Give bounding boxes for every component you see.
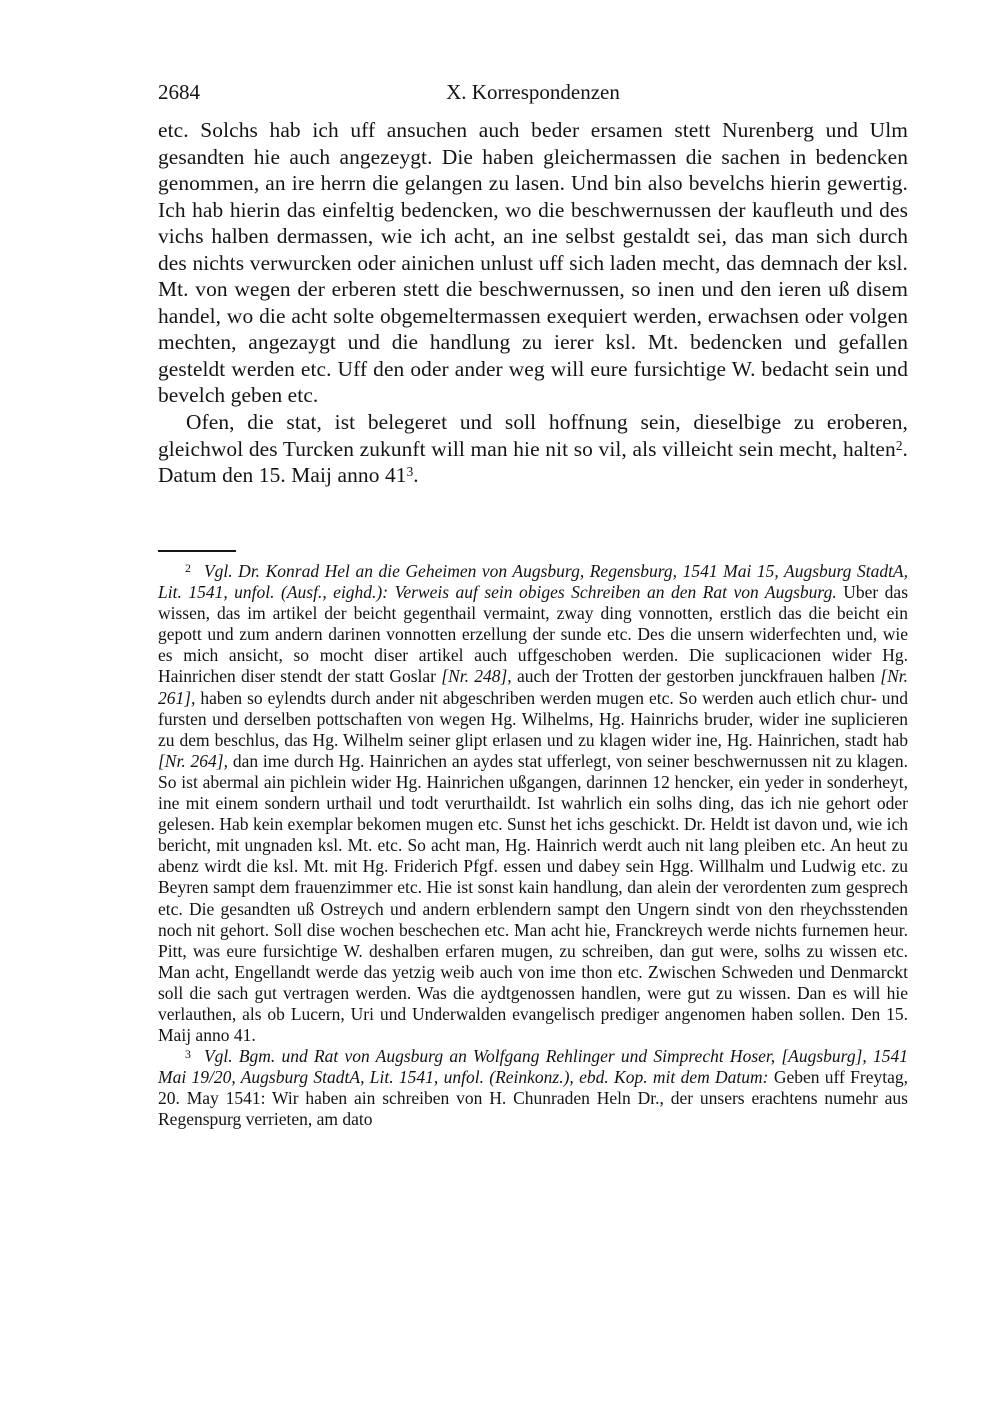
footnote-2: 2Vgl. Dr. Konrad Hel an die Geheimen von… — [158, 561, 908, 1046]
footnote-2-text: haben so eylendts durch ander nit abgesc… — [158, 688, 908, 750]
footnote-3: 3Vgl. Bgm. und Rat von Augsburg an Wolfg… — [158, 1046, 908, 1130]
footnote-2-ref-nr248: [Nr. 248], — [441, 666, 511, 686]
running-header: 2684 X. Korrespondenzen — [158, 80, 908, 108]
footnote-ref-2: 2 — [896, 438, 903, 453]
body-paragraph-2: Ofen, die stat, ist belegeret und soll h… — [158, 409, 908, 489]
paragraph-2-text-c: . — [413, 463, 418, 487]
footnote-2-text: auch der Trotten der gestorben junckfrau… — [517, 666, 875, 686]
footnote-2-marker: 2 — [185, 561, 191, 575]
running-title: X. Korrespondenzen — [158, 80, 908, 105]
footnote-ref-3: 3 — [407, 464, 414, 479]
book-page: 2684 X. Korrespondenzen etc. Solchs hab … — [0, 0, 1004, 1418]
footnote-separator-rule — [158, 550, 236, 552]
footnote-2-citation: Vgl. Dr. Konrad Hel an die Geheimen von … — [158, 561, 908, 602]
paragraph-1-text: etc. Solchs hab ich uff ansuchen auch be… — [158, 118, 908, 407]
main-text-block: etc. Solchs hab ich uff ansuchen auch be… — [158, 117, 908, 489]
paragraph-2-text-a: Ofen, die stat, ist belegeret und soll h… — [158, 410, 908, 461]
body-paragraph-1: etc. Solchs hab ich uff ansuchen auch be… — [158, 117, 908, 409]
footnote-3-marker: 3 — [185, 1047, 191, 1061]
footnote-2-ref-nr264: [Nr. 264], — [158, 751, 228, 771]
footnote-2-text: dan ime durch Hg. Hainrichen an aydes st… — [158, 751, 908, 1045]
footnotes-section: 2Vgl. Dr. Konrad Hel an die Geheimen von… — [158, 550, 908, 1131]
